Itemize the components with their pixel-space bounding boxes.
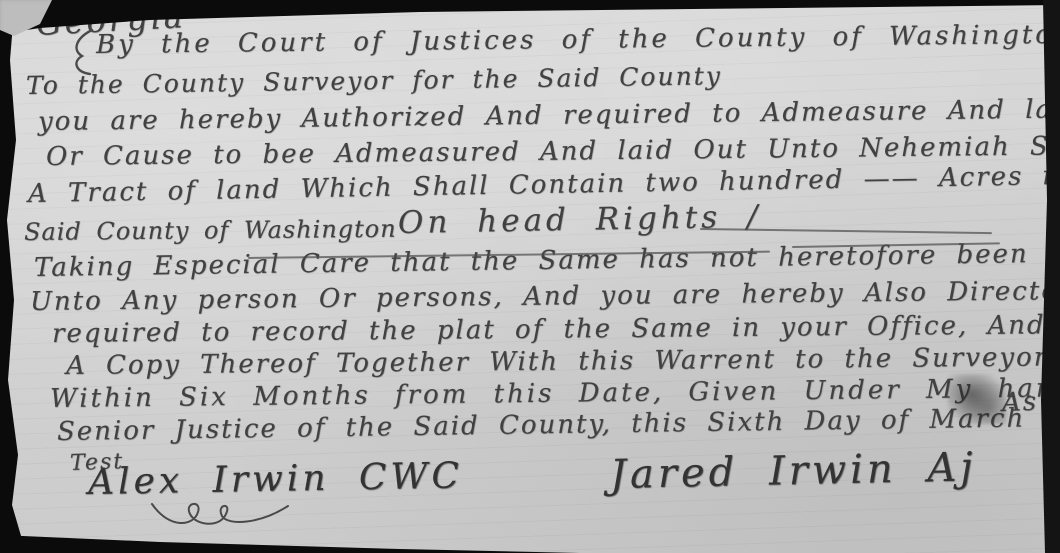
doc-line-headrights: On head Rights / xyxy=(398,199,762,241)
scanned-document: Georgia By the Court of Justices of the … xyxy=(0,0,1060,553)
doc-line-authorization: you are hereby Authorized And required t… xyxy=(38,93,1060,137)
signature-flourish-icon xyxy=(150,496,290,530)
doc-line-court: By the Court of Justices of the County o… xyxy=(96,20,1060,60)
signature-justice: Jared Irwin Aj xyxy=(610,444,978,498)
doc-line-county: Said County of Washington xyxy=(24,215,397,246)
ink-smudge xyxy=(948,374,1006,424)
paper: Georgia By the Court of Justices of the … xyxy=(0,0,1060,553)
pen-flourish-icon xyxy=(68,28,98,76)
doc-line-addressee: To the County Surveyor for the Said Coun… xyxy=(26,61,722,100)
